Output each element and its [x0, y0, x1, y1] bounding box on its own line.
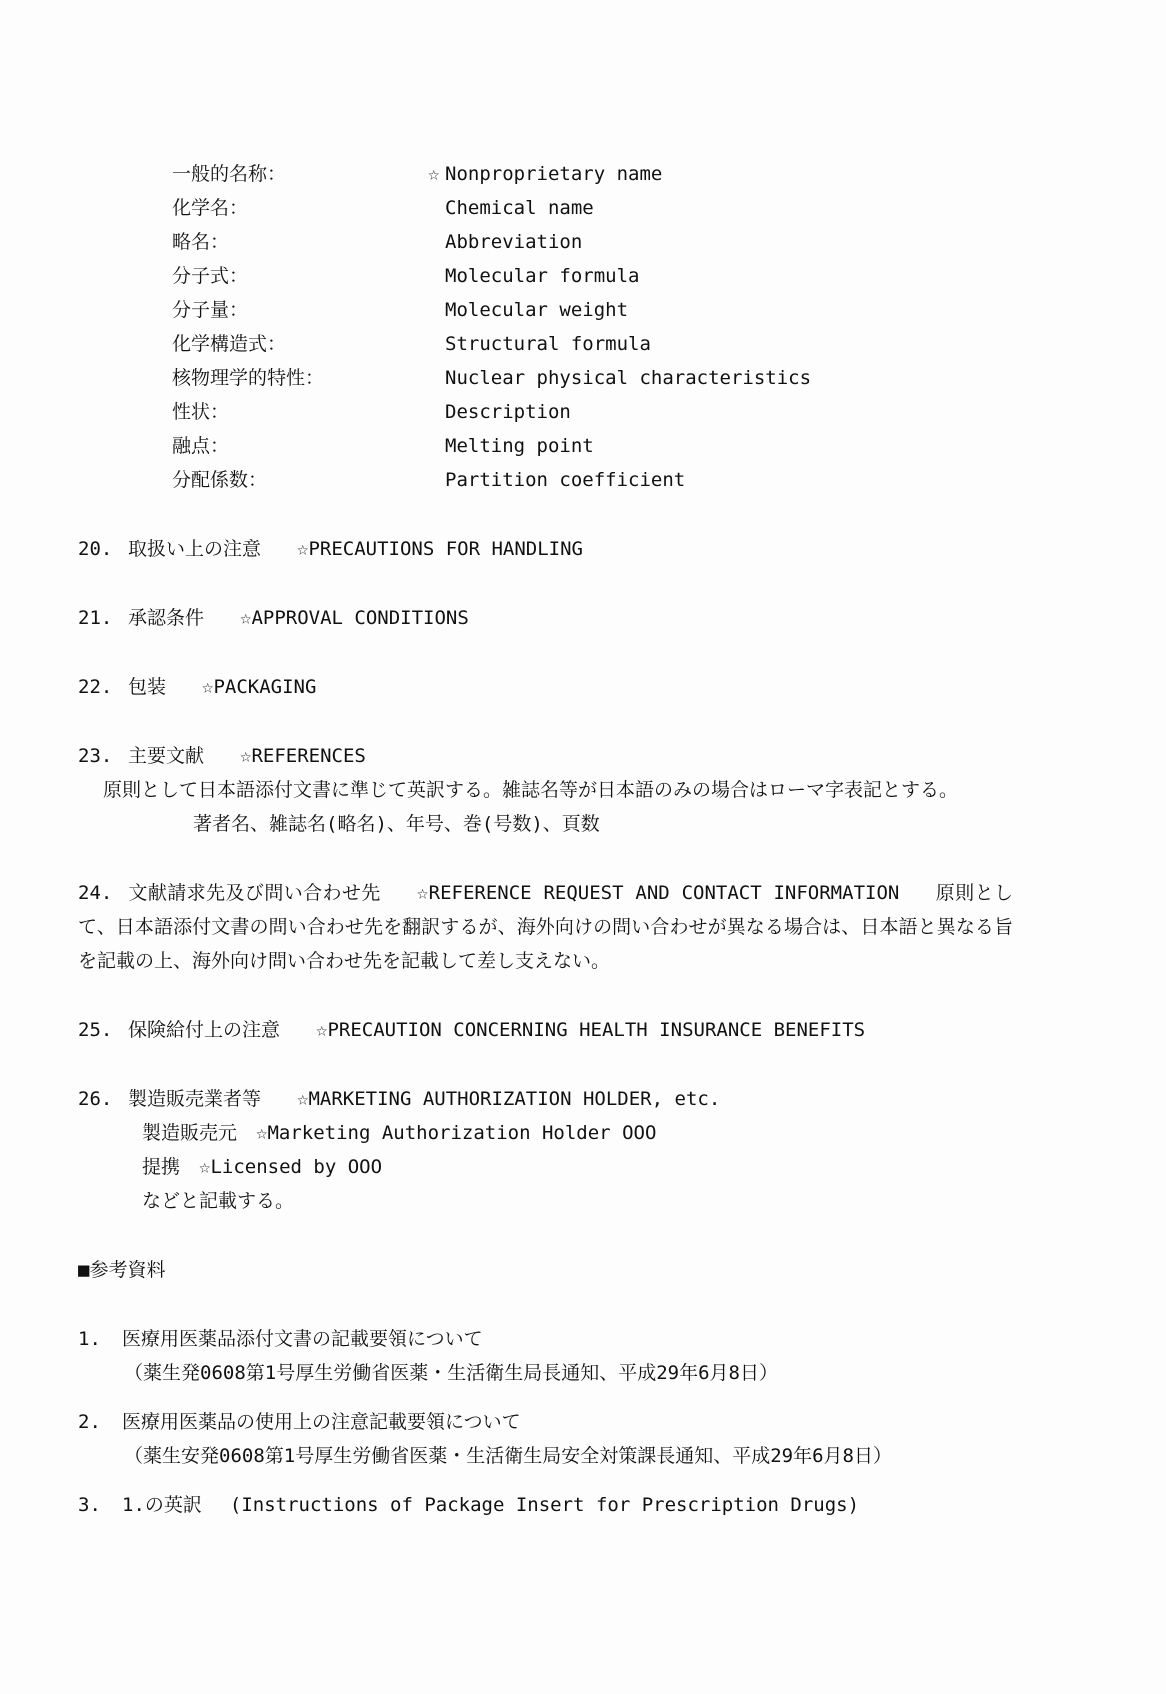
reference-item-3: 3.1.の英訳(Instructions of Package Insert f…	[78, 1488, 1013, 1522]
glossary-term: Molecular formula	[445, 265, 639, 287]
section-number: 26.	[78, 1082, 128, 1116]
glossary-row: 分子式：Molecular formula	[78, 259, 1013, 293]
glossary-label: 性状：	[172, 395, 428, 429]
reference-number: 2.	[78, 1405, 122, 1439]
glossary-label: 分子量：	[172, 293, 428, 327]
section-heading: 21.承認条件☆APPROVAL CONDITIONS	[78, 601, 1013, 635]
document-page: 一般的名称：☆Nonproprietary name 化学名：Chemical …	[0, 0, 1166, 1694]
section-number: 25.	[78, 1013, 128, 1047]
section-23-note: 原則として日本語添付文書に準じて英訳する。雑誌名等が日本語のみの場合はローマ字表…	[103, 773, 1013, 807]
glossary-term: Partition coefficient	[445, 469, 685, 491]
section-title-jp: 包装	[128, 676, 166, 698]
section-26-subline: 製造販売元☆Marketing Authorization Holder OOO	[142, 1116, 1013, 1150]
reference-title-line: 2.医療用医薬品の使用上の注意記載要領について	[78, 1405, 1013, 1439]
glossary-row: 核物理学的特性：Nuclear physical characteristics	[78, 361, 1013, 395]
section-title-en: ☆PACKAGING	[202, 676, 316, 698]
subline-jp: などと記載する。	[142, 1190, 294, 1212]
glossary-row: 化学名：Chemical name	[78, 191, 1013, 225]
glossary-row: 性状：Description	[78, 395, 1013, 429]
section-22: 22.包装☆PACKAGING	[78, 670, 1013, 704]
glossary-list: 一般的名称：☆Nonproprietary name 化学名：Chemical …	[78, 157, 1013, 497]
glossary-label: 分配係数：	[172, 463, 428, 497]
section-number: 22.	[78, 670, 128, 704]
reference-number: 1.	[78, 1322, 122, 1356]
section-heading: 26.製造販売業者等☆MARKETING AUTHORIZATION HOLDE…	[78, 1082, 1013, 1116]
glossary-label: 略名：	[172, 225, 428, 259]
glossary-row: 化学構造式：Structural formula	[78, 327, 1013, 361]
glossary-term: Structural formula	[445, 333, 651, 355]
subline-en: ☆Licensed by OOO	[199, 1156, 382, 1178]
glossary-row: 略名：Abbreviation	[78, 225, 1013, 259]
section-23-note-detail: 著者名、雑誌名(略名)、年号、巻(号数)、頁数	[193, 807, 1013, 841]
reference-title-line: 3.1.の英訳(Instructions of Package Insert f…	[78, 1488, 1013, 1522]
section-title-en: ☆PRECAUTION CONCERNING HEALTH INSURANCE …	[316, 1019, 865, 1041]
glossary-label: 化学構造式：	[172, 327, 428, 361]
star-marker: ☆	[428, 157, 445, 191]
section-title-en: ☆REFERENCE REQUEST AND CONTACT INFORMATI…	[417, 882, 900, 904]
subline-en: ☆Marketing Authorization Holder OOO	[256, 1122, 656, 1144]
section-title-en: ☆REFERENCES	[240, 745, 366, 767]
section-title-jp: 保険給付上の注意	[128, 1019, 280, 1041]
glossary-term: Nonproprietary name	[445, 163, 662, 185]
glossary-label: 一般的名称：	[172, 157, 428, 191]
section-21: 21.承認条件☆APPROVAL CONDITIONS	[78, 601, 1013, 635]
section-26-subline: などと記載する。	[142, 1184, 1013, 1218]
glossary-term: Abbreviation	[445, 231, 582, 253]
glossary-label: 化学名：	[172, 191, 428, 225]
subline-jp: 製造販売元	[142, 1122, 237, 1144]
section-title-en: ☆PRECAUTIONS FOR HANDLING	[297, 538, 583, 560]
reference-title-en: (Instructions of Package Insert for Pres…	[230, 1494, 859, 1516]
reference-item-1: 1.医療用医薬品添付文書の記載要領について （薬生発0608第1号厚生労働省医薬…	[78, 1322, 1013, 1390]
section-number: 21.	[78, 601, 128, 635]
glossary-term: Chemical name	[445, 197, 594, 219]
glossary-term: Nuclear physical characteristics	[445, 367, 811, 389]
section-24: 24.文献請求先及び問い合わせ先☆REFERENCE REQUEST AND C…	[78, 876, 1013, 978]
glossary-row: 融点：Melting point	[78, 429, 1013, 463]
reference-item-2: 2.医療用医薬品の使用上の注意記載要領について （薬生安発0608第1号厚生労働…	[78, 1405, 1013, 1473]
section-26: 26.製造販売業者等☆MARKETING AUTHORIZATION HOLDE…	[78, 1082, 1013, 1218]
reference-title: 医療用医薬品添付文書の記載要領について	[122, 1328, 483, 1350]
glossary-row: 分配係数：Partition coefficient	[78, 463, 1013, 497]
references-header: ■参考資料	[78, 1253, 1013, 1287]
section-heading: 20.取扱い上の注意☆PRECAUTIONS FOR HANDLING	[78, 532, 1013, 566]
reference-title-line: 1.医療用医薬品添付文書の記載要領について	[78, 1322, 1013, 1356]
section-title-jp: 取扱い上の注意	[128, 538, 261, 560]
section-title-jp: 主要文献	[128, 745, 204, 767]
section-heading: 22.包装☆PACKAGING	[78, 670, 1013, 704]
reference-detail: （薬生安発0608第1号厚生労働省医薬・生活衛生局安全対策課長通知、平成29年6…	[124, 1439, 1013, 1473]
glossary-row: 一般的名称：☆Nonproprietary name	[78, 157, 1013, 191]
section-20: 20.取扱い上の注意☆PRECAUTIONS FOR HANDLING	[78, 532, 1013, 566]
subline-jp: 提携	[142, 1156, 180, 1178]
glossary-label: 融点：	[172, 429, 428, 463]
section-heading: 25.保険給付上の注意☆PRECAUTION CONCERNING HEALTH…	[78, 1013, 1013, 1047]
section-number: 20.	[78, 532, 128, 566]
section-title-jp: 製造販売業者等	[128, 1088, 261, 1110]
section-title-en: ☆MARKETING AUTHORIZATION HOLDER, etc.	[297, 1088, 720, 1110]
section-title-jp: 文献請求先及び問い合わせ先	[128, 882, 381, 904]
reference-detail: （薬生発0608第1号厚生労働省医薬・生活衛生局長通知、平成29年6月8日）	[124, 1356, 1013, 1390]
section-number: 23.	[78, 739, 128, 773]
glossary-term: Molecular weight	[445, 299, 628, 321]
section-23: 23.主要文献☆REFERENCES 原則として日本語添付文書に準じて英訳する。…	[78, 739, 1013, 841]
glossary-row: 分子量：Molecular weight	[78, 293, 1013, 327]
reference-title: 1.の英訳	[122, 1494, 202, 1516]
section-number: 24.	[78, 876, 128, 910]
section-25: 25.保険給付上の注意☆PRECAUTION CONCERNING HEALTH…	[78, 1013, 1013, 1047]
glossary-term: Description	[445, 401, 571, 423]
glossary-label: 核物理学的特性：	[172, 361, 428, 395]
reference-title: 医療用医薬品の使用上の注意記載要領について	[122, 1411, 521, 1433]
section-26-subline: 提携☆Licensed by OOO	[142, 1150, 1013, 1184]
glossary-label: 分子式：	[172, 259, 428, 293]
section-heading: 23.主要文献☆REFERENCES	[78, 739, 1013, 773]
section-title-en: ☆APPROVAL CONDITIONS	[240, 607, 469, 629]
section-title-jp: 承認条件	[128, 607, 204, 629]
glossary-term: Melting point	[445, 435, 594, 457]
reference-number: 3.	[78, 1488, 122, 1522]
